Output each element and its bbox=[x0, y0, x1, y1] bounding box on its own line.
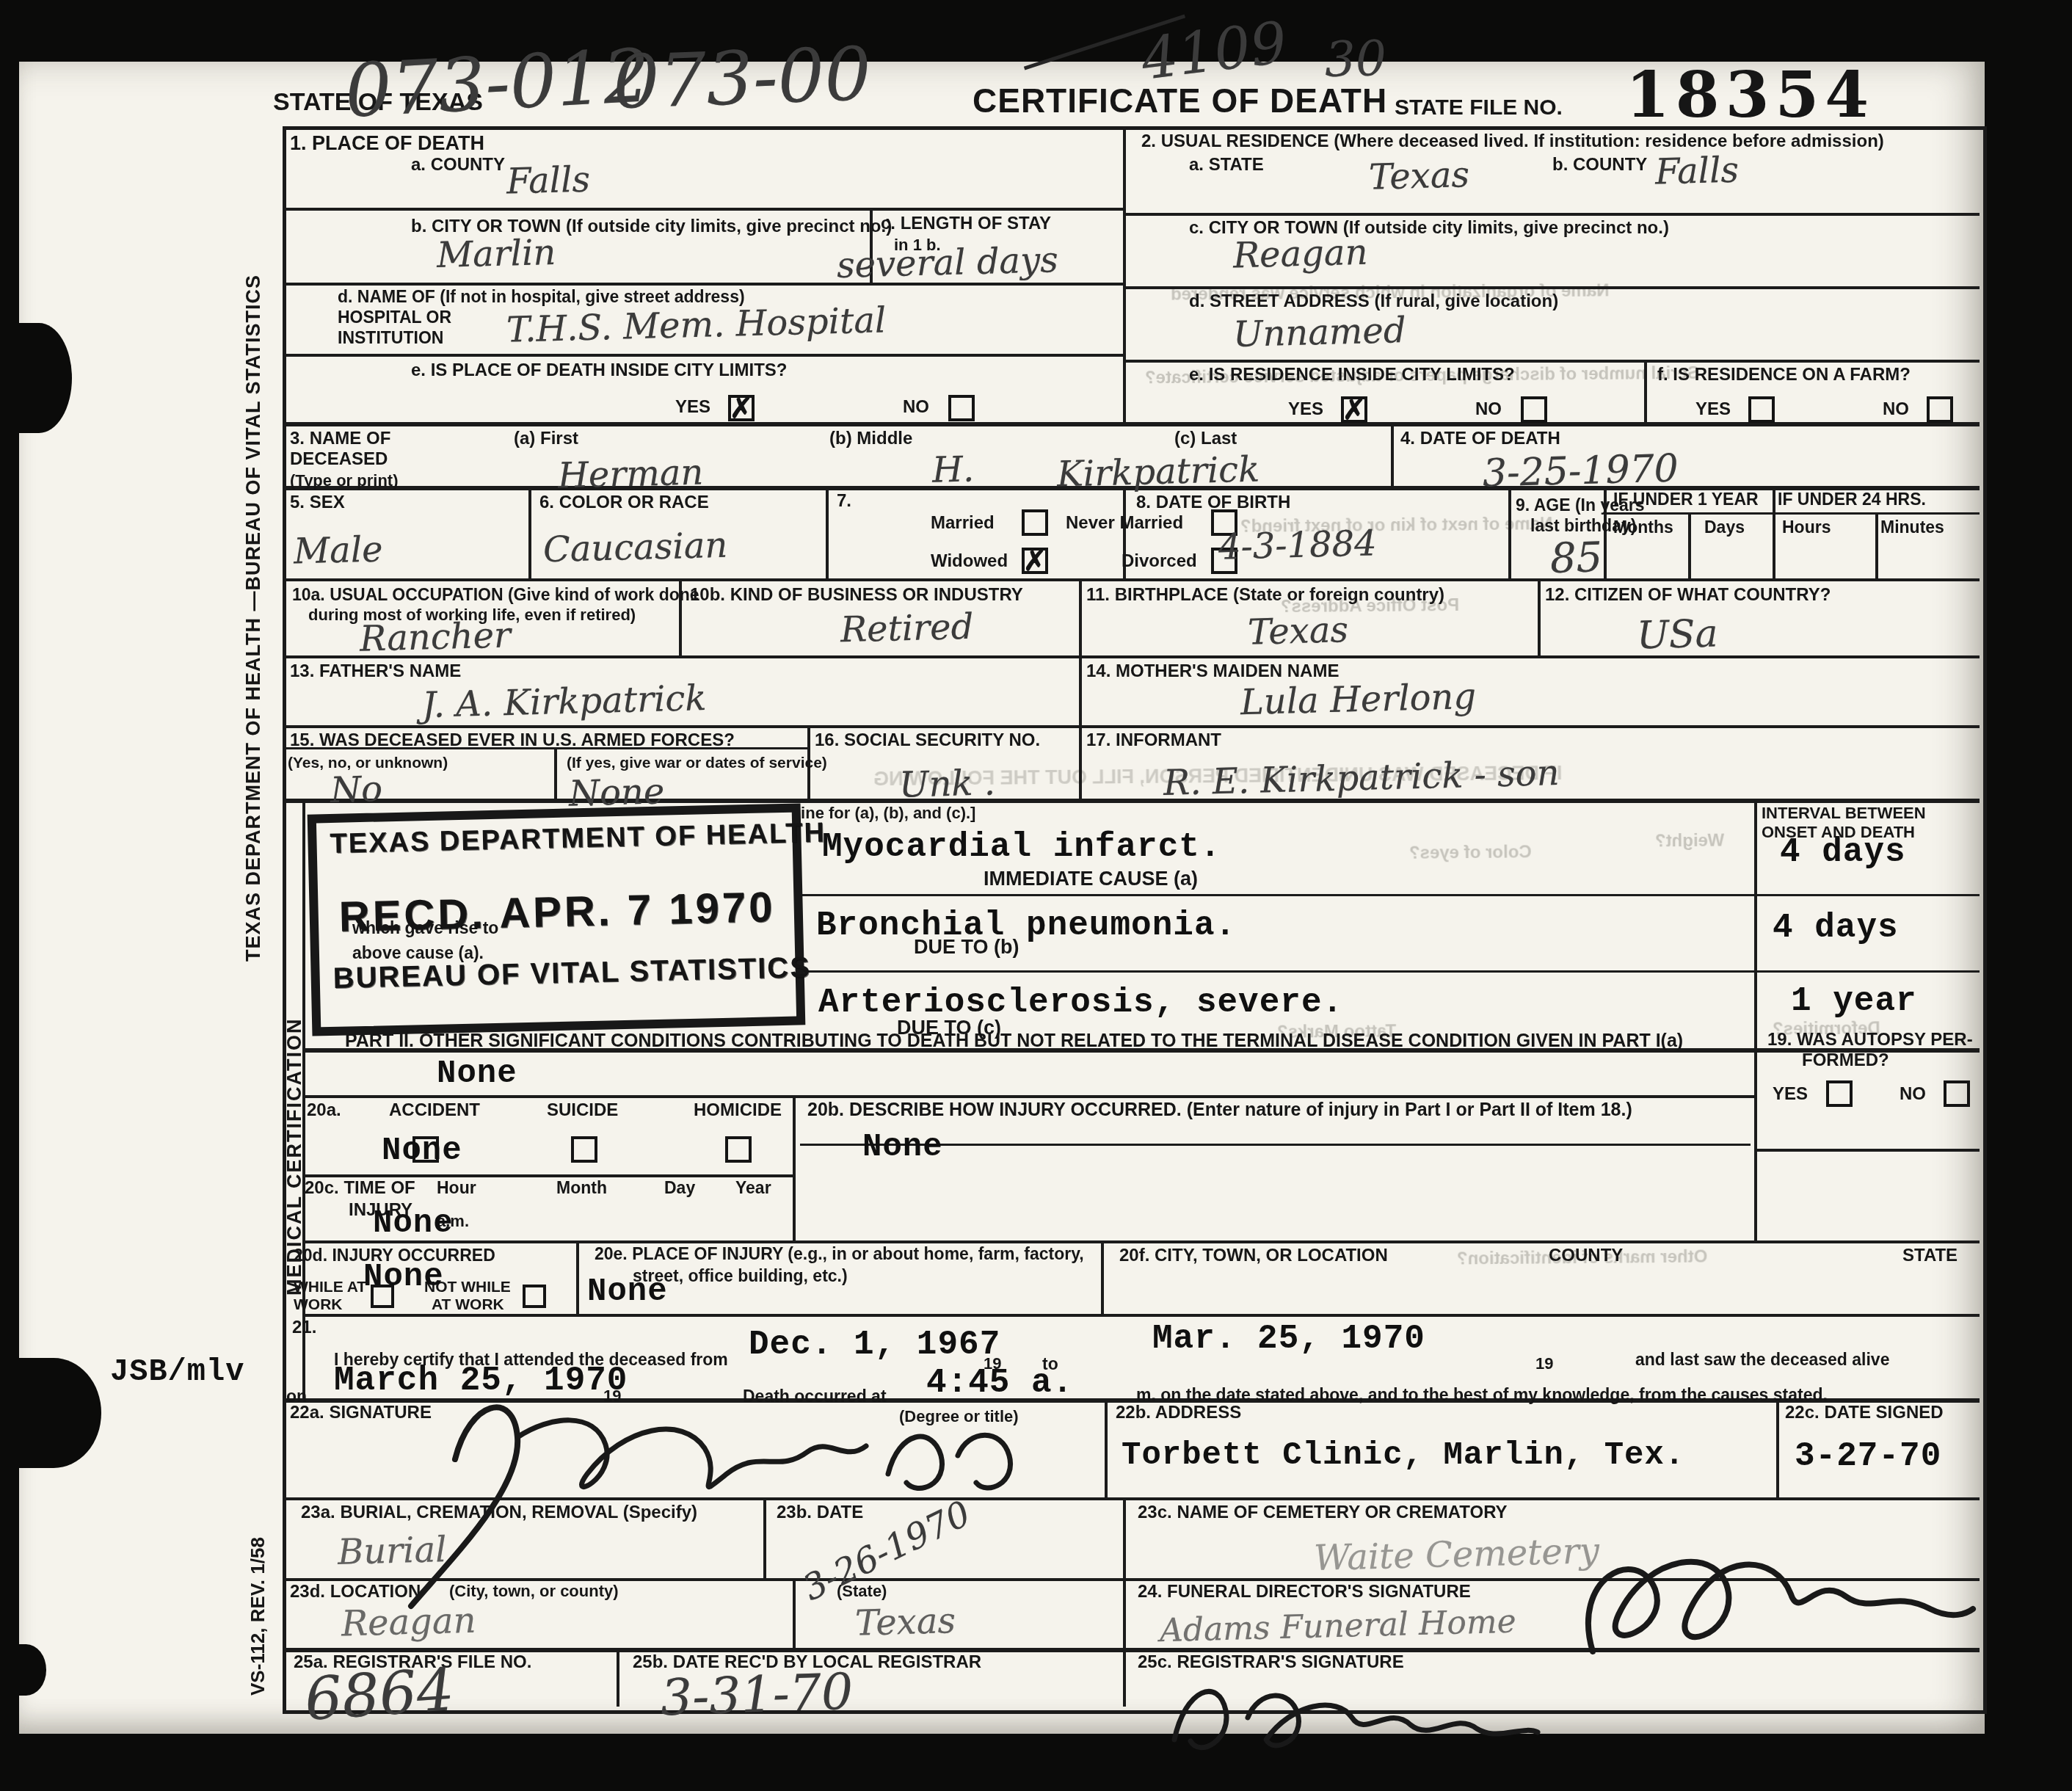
s21-label: 21. bbox=[292, 1318, 316, 1338]
s20f-state-label: STATE bbox=[1902, 1246, 1958, 1266]
stamp-line3: BUREAU OF VITAL STATISTICS bbox=[332, 951, 811, 995]
s7-never-married-label: Never Married bbox=[1066, 514, 1183, 534]
hole-punch-top bbox=[6, 323, 72, 433]
received-stamp: TEXAS DEPARTMENT OF HEALTH RECD. APR. 7 … bbox=[308, 803, 806, 1036]
s22b-value: Torbett Clinic, Marlin, Tex. bbox=[1122, 1437, 1684, 1474]
checkbox-checked[interactable] bbox=[1341, 396, 1367, 423]
s4-label: 4. DATE OF DEATH bbox=[1400, 429, 1560, 449]
s2f-yes-label: YES bbox=[1695, 400, 1731, 420]
s22b-label: 22b. ADDRESS bbox=[1116, 1403, 1241, 1423]
registrar-signature bbox=[1145, 1644, 1556, 1776]
s10a-label: 10a. USUAL OCCUPATION (Give kind of work… bbox=[292, 586, 699, 605]
s25a-value: 6864 bbox=[302, 1655, 457, 1734]
s1c-value: several days bbox=[836, 239, 1058, 286]
s2e-label: e. IS RESIDENCE INSIDE CITY LIMITS? bbox=[1189, 366, 1515, 385]
s10b-label: 10b. KIND OF BUSINESS OR INDUSTRY bbox=[690, 586, 1023, 606]
s10b-value: Retired bbox=[840, 606, 974, 651]
funeral-director-signature bbox=[1549, 1527, 1982, 1688]
s1d-label2: HOSPITAL OR bbox=[338, 308, 451, 327]
s2a-label: a. STATE bbox=[1189, 156, 1264, 175]
s3-first-label: (a) First bbox=[514, 429, 578, 449]
s2c-value: Reagan bbox=[1232, 232, 1368, 277]
s1e-no-label: NO bbox=[903, 398, 929, 418]
s22c-value: 3-27-70 bbox=[1795, 1437, 1941, 1475]
s17-label: 17. INFORMANT bbox=[1086, 731, 1221, 751]
s20a-suicide-label: SUICIDE bbox=[547, 1101, 618, 1121]
s20d-notwhile-label2: AT WORK bbox=[432, 1296, 504, 1314]
s1e-label: e. IS PLACE OF DEATH INSIDE CITY LIMITS? bbox=[411, 361, 787, 381]
s23c-label: 23c. NAME OF CEMETERY OR CREMATORY bbox=[1138, 1503, 1508, 1523]
s18b-interval: 4 days bbox=[1773, 909, 1899, 947]
s13-value: J. A. Kirkpatrick bbox=[421, 677, 707, 726]
edge-smudge bbox=[6, 1644, 46, 1696]
s2f-no-label: NO bbox=[1883, 400, 1909, 420]
s21-19-2: 19 bbox=[1535, 1355, 1553, 1373]
s21-to-date: Mar. 25, 1970 bbox=[1152, 1320, 1425, 1358]
s1e-yes-label: YES bbox=[675, 398, 710, 418]
s9-under1-label: IF UNDER 1 YEAR bbox=[1613, 490, 1759, 509]
s2d-label: d. STREET ADDRESS (If rural, give locati… bbox=[1189, 292, 1558, 312]
s20a-homicide-label: HOMICIDE bbox=[694, 1101, 782, 1121]
s2a-value: Texas bbox=[1368, 154, 1469, 198]
s25b-value: 3-31-70 bbox=[660, 1663, 854, 1727]
s15-sub2-label: (If yes, give war or dates of service) bbox=[567, 755, 827, 772]
s2e-yes-label: YES bbox=[1288, 400, 1323, 420]
s20c-value: None bbox=[373, 1205, 454, 1242]
state-file-number: 18354 bbox=[1626, 60, 1875, 131]
s18a-value: Myocardial infarct. bbox=[822, 828, 1221, 866]
s9-months-label: Months bbox=[1613, 518, 1673, 537]
hole-punch-bottom bbox=[6, 1358, 101, 1468]
checkbox[interactable] bbox=[1521, 396, 1547, 423]
margin-agency-vertical: TEXAS DEPARTMENT OF HEALTH —BUREAU OF VI… bbox=[242, 275, 265, 962]
s6-value: Caucasian bbox=[542, 525, 728, 571]
s1d-label: d. NAME OF (If not in hospital, give str… bbox=[338, 288, 745, 307]
s16-label: 16. SOCIAL SECURITY NO. bbox=[815, 731, 1040, 751]
s12-label: 12. CITIZEN OF WHAT COUNTRY? bbox=[1545, 586, 1831, 606]
s20e-label: 20e. PLACE OF INJURY (e.g., in or about … bbox=[595, 1245, 1084, 1264]
s4-value: 3-25-1970 bbox=[1482, 447, 1679, 496]
s3-first-value: Herman bbox=[557, 451, 704, 496]
s19-label2: FORMED? bbox=[1802, 1051, 1889, 1071]
s20f-label: 20f. CITY, TOWN, OR LOCATION bbox=[1119, 1246, 1388, 1266]
s20a-value: None bbox=[382, 1133, 462, 1169]
s5-label: 5. SEX bbox=[290, 493, 345, 513]
s14-value: Lula Herlong bbox=[1240, 676, 1476, 723]
s1-title: 1. PLACE OF DEATH bbox=[290, 132, 484, 154]
s20e-value: None bbox=[587, 1274, 668, 1310]
s9-days-label: Days bbox=[1704, 518, 1745, 537]
s13-label: 13. FATHER'S NAME bbox=[290, 662, 461, 682]
s10a-value: Rancher bbox=[359, 614, 511, 659]
s9-hours-label: Hours bbox=[1782, 518, 1831, 537]
s2-title: 2. USUAL RESIDENCE (Where deceased lived… bbox=[1141, 132, 1884, 152]
state-file-no-label: STATE FILE NO. bbox=[1395, 95, 1563, 120]
s2b-value: Falls bbox=[1654, 150, 1739, 193]
checkbox-checked[interactable] bbox=[728, 395, 755, 421]
s11-label: 11. BIRTHPLACE (State or foreign country… bbox=[1086, 586, 1444, 606]
s14-label: 14. MOTHER'S MAIDEN NAME bbox=[1086, 662, 1339, 682]
s20a-accident-label: ACCIDENT bbox=[389, 1101, 480, 1121]
s3-last-label: (c) Last bbox=[1174, 429, 1237, 449]
s19-yes-label: YES bbox=[1773, 1085, 1808, 1105]
checkbox[interactable] bbox=[1927, 396, 1953, 423]
checkbox[interactable] bbox=[725, 1136, 752, 1163]
s3-middle-label: (b) Middle bbox=[829, 429, 912, 449]
margin-form-code-vertical: VS-112, REV. 1/58 bbox=[247, 1537, 269, 1696]
checkbox[interactable] bbox=[1748, 396, 1775, 423]
s9-value: 85 bbox=[1549, 534, 1603, 583]
s18b-value: Bronchial pneumonia. bbox=[816, 907, 1236, 945]
checkbox[interactable] bbox=[571, 1136, 597, 1163]
part2-label: PART II. OTHER SIGNIFICANT CONDITIONS CO… bbox=[345, 1031, 1683, 1051]
s20c-day-label: Day bbox=[664, 1179, 695, 1198]
s15-label: 15. WAS DECEASED EVER IN U.S. ARMED FORC… bbox=[290, 731, 735, 751]
s1c-label: c. LENGTH OF STAY bbox=[881, 214, 1051, 234]
s20b-value: None bbox=[862, 1129, 943, 1166]
s7-label: 7. bbox=[837, 492, 851, 512]
s1b-value: Marlin bbox=[436, 232, 556, 276]
checkbox[interactable] bbox=[1826, 1080, 1853, 1107]
checkbox[interactable] bbox=[1022, 509, 1048, 536]
s20b-label: 20b. DESCRIBE HOW INJURY OCCURRED. (Ente… bbox=[807, 1100, 1632, 1120]
handwritten-number-2: 30 bbox=[1324, 30, 1387, 88]
s21-from-date: Dec. 1, 1967 bbox=[749, 1326, 1000, 1364]
s15-value1: No bbox=[330, 769, 382, 811]
typist-initials: JSB/mlv bbox=[110, 1354, 244, 1389]
s1a-value: Falls bbox=[506, 159, 590, 203]
s20c-label: 20c. TIME OF bbox=[305, 1179, 415, 1199]
scan-edge-left bbox=[0, 62, 19, 1734]
checkbox[interactable] bbox=[1944, 1080, 1970, 1107]
s16-value: Unk . bbox=[898, 762, 995, 805]
s20d-while-label: WHILE AT bbox=[294, 1279, 366, 1296]
s1d-label3: INSTITUTION bbox=[338, 329, 443, 348]
s5-value: Male bbox=[293, 528, 383, 572]
s18c-value: Arteriosclerosis, severe. bbox=[818, 984, 1343, 1022]
s3-title2: DECEASED bbox=[290, 450, 388, 470]
checkbox[interactable] bbox=[523, 1285, 546, 1308]
s20d-value: None bbox=[363, 1259, 444, 1296]
s2b-label: b. COUNTY bbox=[1552, 156, 1647, 175]
s19-label: 19. WAS AUTOPSY PER- bbox=[1767, 1031, 1973, 1050]
stamp-line2: RECD. APR. 7 1970 bbox=[338, 882, 776, 941]
s1a-label: a. COUNTY bbox=[411, 156, 505, 175]
s2d-value: Unnamed bbox=[1232, 310, 1406, 355]
physician-signature bbox=[345, 1386, 1050, 1628]
s3-title3: (Type or print) bbox=[290, 472, 398, 490]
s18a-interval: 4 days bbox=[1780, 833, 1906, 871]
s7-married-label: Married bbox=[931, 514, 995, 534]
handwritten-code-2: 073-00 bbox=[611, 31, 873, 126]
s2f-label: f. IS RESIDENCE ON A FARM? bbox=[1657, 366, 1911, 385]
s7-divorced-label: Divorced bbox=[1122, 552, 1197, 572]
s21-alive-text: and last saw the deceased alive bbox=[1635, 1351, 1889, 1370]
s20f-county-label: COUNTY bbox=[1549, 1246, 1623, 1266]
s3-middle-value: H. bbox=[931, 448, 975, 490]
s20d-while-label2: WORK bbox=[294, 1296, 343, 1314]
s20c-year-label: Year bbox=[735, 1179, 771, 1198]
scanned-death-certificate: STATE OF TEXAS 073-012 073-00 CERTIFICAT… bbox=[0, 0, 2072, 1791]
s11-value: Texas bbox=[1247, 609, 1348, 653]
s12-value: USa bbox=[1636, 612, 1718, 658]
s20c-month-label: Month bbox=[556, 1179, 607, 1198]
s19-no-label: NO bbox=[1900, 1085, 1926, 1105]
s18-interval-header1: INTERVAL BETWEEN bbox=[1762, 804, 1926, 823]
s9-minutes-label: Minutes bbox=[1880, 518, 1944, 537]
checkbox[interactable] bbox=[948, 395, 975, 421]
s8-value: 4-3-1884 bbox=[1218, 523, 1377, 568]
stamp-line1: TEXAS DEPARTMENT OF HEALTH bbox=[330, 818, 826, 860]
s18-immediate-cause-label: IMMEDIATE CAUSE (a) bbox=[984, 868, 1198, 890]
s9-under24-label: IF UNDER 24 HRS. bbox=[1778, 490, 1926, 509]
checkbox-checked[interactable] bbox=[1022, 548, 1048, 574]
s3-last-value: Kirkpatrick bbox=[1056, 448, 1260, 495]
s20c-hour-label: Hour bbox=[437, 1179, 476, 1198]
handwritten-code-1: 073-012 bbox=[343, 32, 652, 134]
s2e-no-label: NO bbox=[1475, 400, 1502, 420]
s18c-interval: 1 year bbox=[1791, 982, 1917, 1020]
s3-title: 3. NAME OF bbox=[290, 429, 390, 449]
s7-widowed-label: Widowed bbox=[931, 552, 1008, 572]
s20a-label: 20a. bbox=[307, 1101, 341, 1121]
s21-tail-text: m. on the date stated above, and to the … bbox=[1136, 1386, 1828, 1405]
s24-label: 24. FUNERAL DIRECTOR'S SIGNATURE bbox=[1138, 1583, 1471, 1602]
s22c-label: 22c. DATE SIGNED bbox=[1785, 1403, 1944, 1423]
part2-value: None bbox=[437, 1056, 517, 1092]
